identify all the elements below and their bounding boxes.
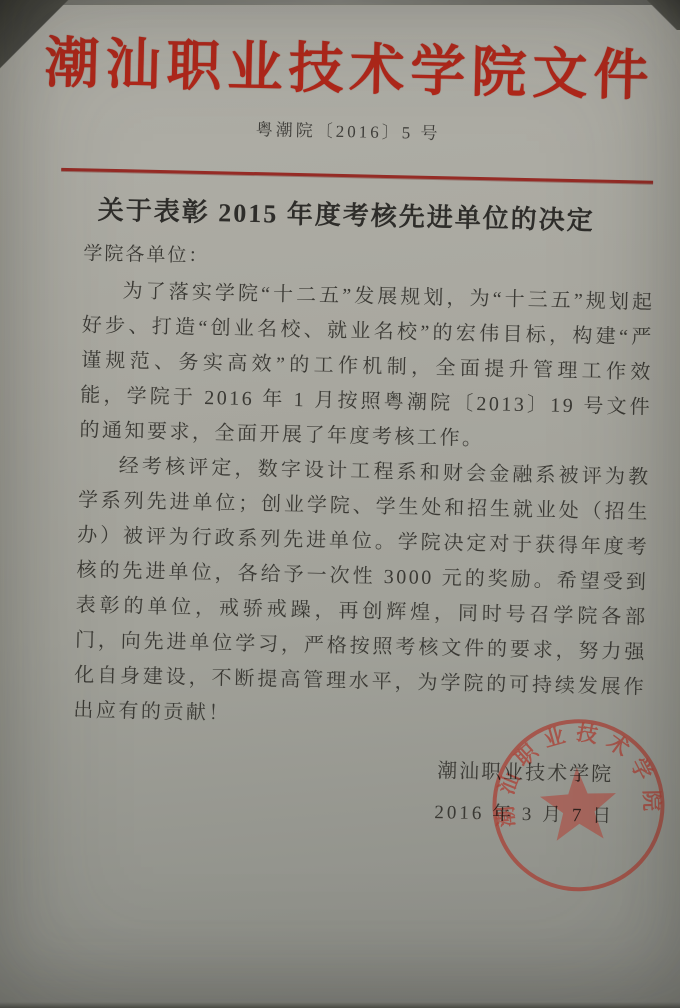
document-body: 学院各单位： 为了落实学院“十二五”发展规划，为“十三五”规划起好步、打造“创业… <box>73 237 656 740</box>
photo-of-document: { "document": { "header": { "title": "潮汕… <box>0 0 680 1008</box>
photo-bottom-edge-shadow <box>0 1002 680 1008</box>
official-seal: 潮汕职业技术学院 <box>486 713 670 897</box>
document-title: 潮汕职业技术学院文件 <box>9 29 680 110</box>
seal-star-icon <box>539 765 618 841</box>
red-separator-rule <box>61 168 653 184</box>
seal-graphic: 潮汕职业技术学院 <box>486 713 670 897</box>
document-number: 粤潮院〔2016〕5 号 <box>8 110 680 150</box>
body-paragraph-2: 经考核评定，数字设计工程系和财会金融系被评为教学系列先进单位；创业学院、学生处和… <box>73 448 651 740</box>
body-paragraph-1: 为了落实学院“十二五”发展规划，为“十三五”规划起好步、打造“创业名校、就业名校… <box>79 273 655 460</box>
document-subject: 关于表彰 2015 年度考核先进单位的决定 <box>6 189 680 244</box>
document-sheet: 潮汕职业技术学院文件 粤潮院〔2016〕5 号 关于表彰 2015 年度考核先进… <box>0 0 680 1008</box>
